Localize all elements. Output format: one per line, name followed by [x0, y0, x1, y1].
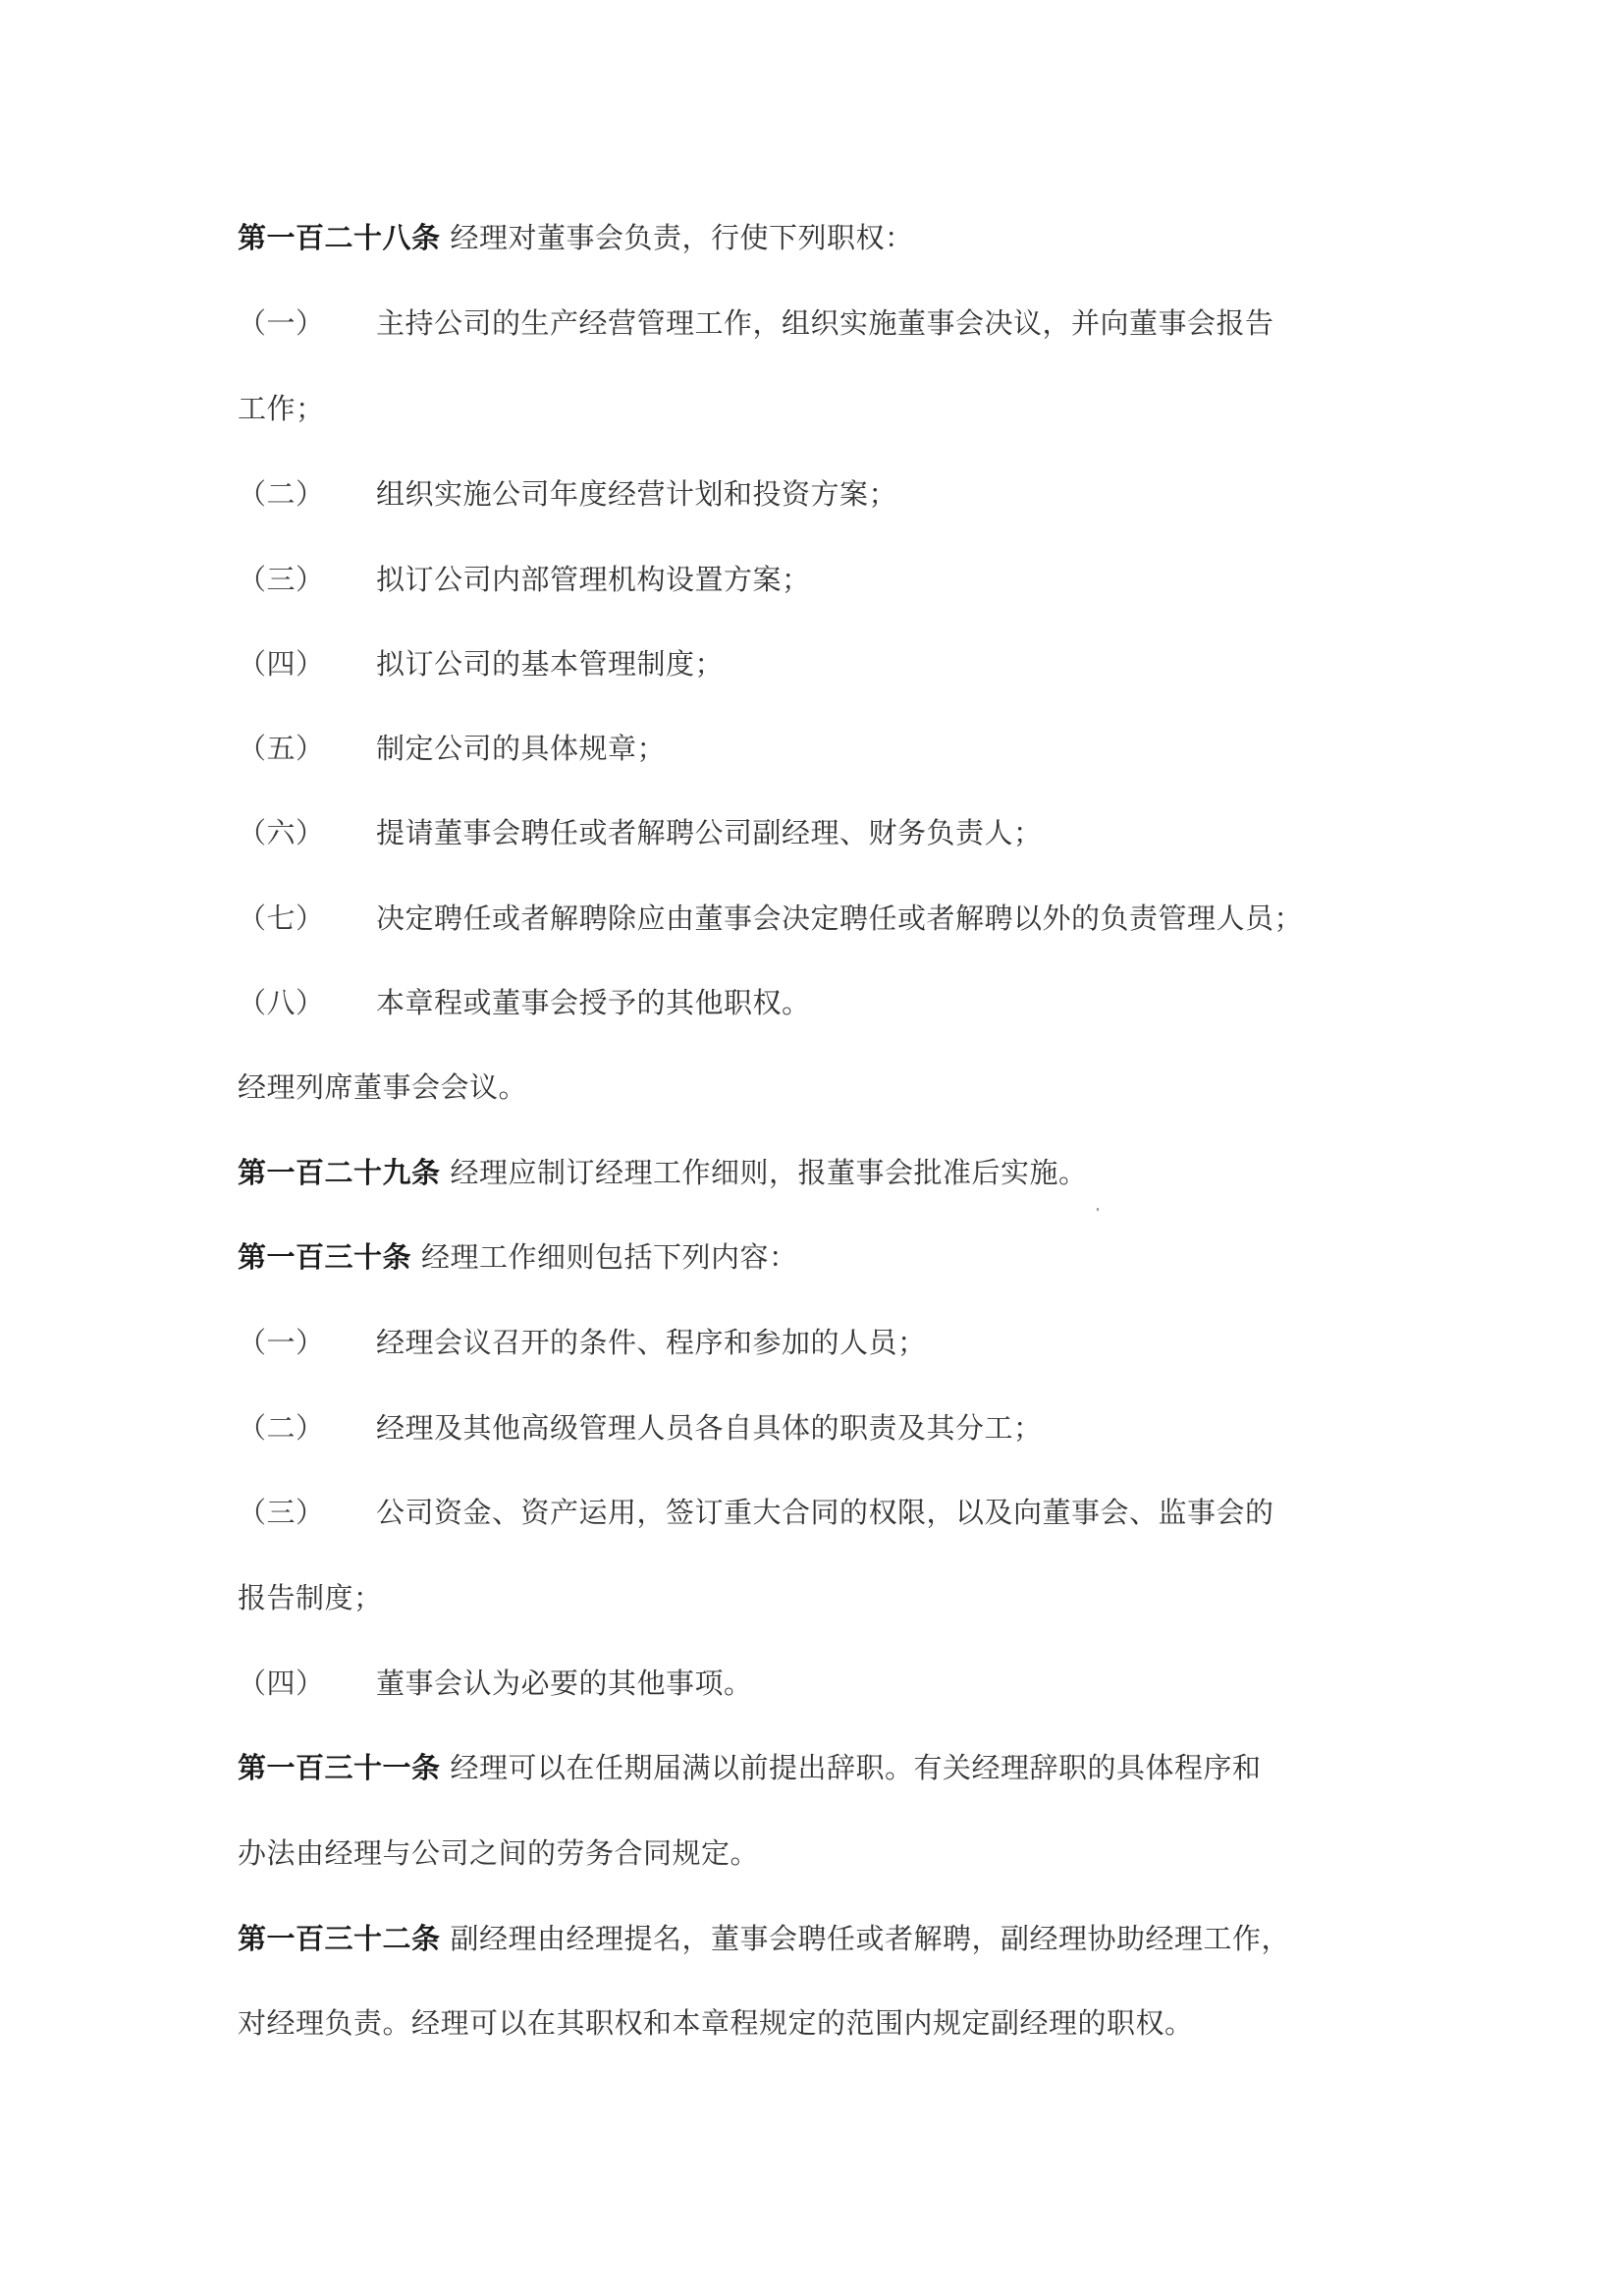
item-continuation-text: 报告制度； — [238, 1581, 383, 1614]
item-text: 决定聘任或者解聘除应由董事会决定聘任或者解聘以外的负责管理人员； — [376, 902, 1303, 935]
list-item-continuation: 报告制度； — [238, 1578, 383, 1617]
closing-text: 经理列席董事会会议。 — [238, 1070, 527, 1104]
item-text: 拟订公司的基本管理制度； — [376, 647, 724, 681]
item-text: 经理会议召开的条件、程序和参加的人员； — [376, 1326, 927, 1359]
item-text: 制定公司的具体规章； — [376, 732, 666, 765]
list-item: （一）主持公司的生产经营管理工作，组织实施董事会决议，并向董事会报告 — [238, 303, 1274, 343]
article-text: 经理工作细则包括下列内容： — [421, 1240, 798, 1274]
list-item: （六）提请董事会聘任或者解聘公司副经理、财务负责人； — [238, 813, 1043, 852]
item-text: 公司资金、资产运用，签订重大合同的权限，以及向董事会、监事会的 — [376, 1496, 1274, 1529]
item-marker: （六） — [238, 813, 376, 852]
article-130-heading: 第一百三十条经理工作细则包括下列内容： — [238, 1237, 798, 1277]
list-item: （二）经理及其他高级管理人员各自具体的职责及其分工； — [238, 1408, 1043, 1448]
list-item-continuation: 工作； — [238, 389, 325, 428]
article-128-heading: 第一百二十八条经理对董事会负责，行使下列职权： — [238, 218, 914, 257]
list-item: （八）本章程或董事会授予的其他职权。 — [238, 983, 811, 1022]
article-number: 第一百二十九条 — [238, 1156, 441, 1189]
item-text: 提请董事会聘任或者解聘公司副经理、财务负责人； — [376, 816, 1043, 849]
list-item: （七）决定聘任或者解聘除应由董事会决定聘任或者解聘以外的负责管理人员； — [238, 899, 1303, 938]
article-continuation: 对经理负责。经理可以在其职权和本章程规定的范围内规定副经理的职权。 — [238, 2003, 1194, 2043]
item-marker: （四） — [238, 1664, 376, 1703]
article-text: 经理可以在任期届满以前提出辞职。有关经理辞职的具体程序和 — [451, 1751, 1262, 1784]
article-continuation-text: 办法由经理与公司之间的劳务合同规定。 — [238, 1836, 759, 1870]
item-marker: （二） — [238, 1408, 376, 1448]
item-text: 董事会认为必要的其他事项。 — [376, 1667, 753, 1700]
article-text: 经理应制订经理工作细则，报董事会批准后实施。 — [451, 1156, 1088, 1189]
item-text: 主持公司的生产经营管理工作，组织实施董事会决议，并向董事会报告 — [376, 306, 1274, 340]
list-item: （二）组织实施公司年度经营计划和投资方案； — [238, 474, 897, 514]
list-item: （一）经理会议召开的条件、程序和参加的人员； — [238, 1323, 927, 1362]
item-marker: （一） — [238, 1323, 376, 1362]
article-closing-paragraph: 经理列席董事会会议。 — [238, 1067, 527, 1107]
article-number: 第一百三十二条 — [238, 1922, 441, 1955]
item-text: 经理及其他高级管理人员各自具体的职责及其分工； — [376, 1411, 1043, 1445]
item-text: 拟订公司内部管理机构设置方案； — [376, 563, 811, 596]
scan-speck — [1097, 1208, 1099, 1211]
item-marker: （七） — [238, 899, 376, 938]
item-marker: （四） — [238, 644, 376, 683]
article-number: 第一百三十条 — [238, 1240, 411, 1274]
article-131-heading: 第一百三十一条经理可以在任期届满以前提出辞职。有关经理辞职的具体程序和 — [238, 1748, 1262, 1787]
item-continuation-text: 工作； — [238, 392, 325, 425]
item-marker: （五） — [238, 729, 376, 768]
item-marker: （二） — [238, 474, 376, 514]
article-number: 第一百三十一条 — [238, 1751, 441, 1784]
list-item: （三）拟订公司内部管理机构设置方案； — [238, 560, 811, 599]
article-text: 副经理由经理提名，董事会聘任或者解聘，副经理协助经理工作， — [451, 1922, 1291, 1955]
item-text: 组织实施公司年度经营计划和投资方案； — [376, 477, 897, 511]
article-number: 第一百二十八条 — [238, 221, 441, 254]
item-marker: （三） — [238, 560, 376, 599]
item-marker: （三） — [238, 1493, 376, 1532]
list-item: （四）拟订公司的基本管理制度； — [238, 644, 724, 683]
item-marker: （一） — [238, 303, 376, 343]
list-item: （四）董事会认为必要的其他事项。 — [238, 1664, 753, 1703]
article-continuation: 办法由经理与公司之间的劳务合同规定。 — [238, 1833, 759, 1873]
item-marker: （八） — [238, 983, 376, 1022]
item-text: 本章程或董事会授予的其他职权。 — [376, 986, 811, 1019]
list-item: （五）制定公司的具体规章； — [238, 729, 666, 768]
article-continuation-text: 对经理负责。经理可以在其职权和本章程规定的范围内规定副经理的职权。 — [238, 2006, 1194, 2040]
article-132-heading: 第一百三十二条副经理由经理提名，董事会聘任或者解聘，副经理协助经理工作， — [238, 1919, 1290, 1958]
document-page: 第一百二十八条经理对董事会负责，行使下列职权： （一）主持公司的生产经营管理工作… — [0, 0, 1623, 2296]
article-129-heading: 第一百二十九条经理应制订经理工作细则，报董事会批准后实施。 — [238, 1153, 1088, 1192]
article-text: 经理对董事会负责，行使下列职权： — [451, 221, 914, 254]
list-item: （三）公司资金、资产运用，签订重大合同的权限，以及向董事会、监事会的 — [238, 1493, 1274, 1532]
